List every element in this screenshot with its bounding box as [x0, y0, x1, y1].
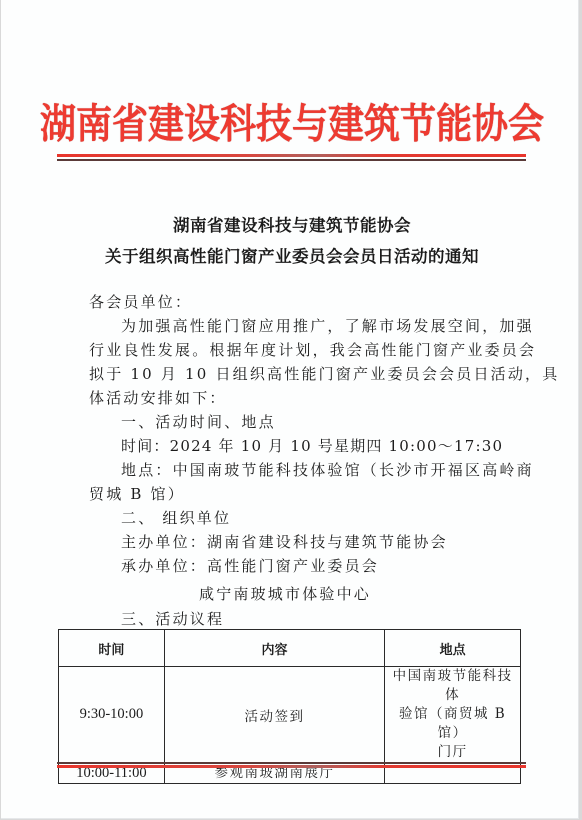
event-place-line-1: 地点：中国南玻节能科技体验馆（长沙市开福区高岭商: [121, 460, 534, 480]
header-place: 地点: [385, 630, 521, 667]
document-page: 湖南省建设科技与建筑节能协会 湖南省建设科技与建筑节能协会 关于组织高性能门窗产…: [1, 0, 579, 819]
row-time: 9:30-10:00: [59, 667, 165, 763]
notice-title-line-1: 湖南省建设科技与建筑节能协会: [1, 212, 582, 236]
section-3-heading: 三、活动议程: [121, 609, 224, 629]
section-1-heading: 一、活动时间、地点: [121, 412, 276, 432]
footer-rule-red: [57, 765, 526, 768]
header-content: 内容: [164, 630, 384, 667]
intro-line-3: 拟于 10 月 10 日组织高性能门窗产业委员会会员日活动，具: [89, 364, 559, 384]
row-place-line: 验馆（商贸城 B 馆）: [391, 705, 514, 743]
event-time: 时间：2024 年 10 月 10 号星期四 10:00～17:30: [121, 436, 503, 456]
row-place-line: 中国南玻节能科技体: [391, 667, 514, 705]
table-row: 9:30-10:00 活动签到 中国南玻节能科技体 验馆（商贸城 B 馆） 门厅: [59, 667, 521, 763]
notice-title-line-2: 关于组织高性能门窗产业委员会会员日活动的通知: [1, 243, 582, 267]
host-unit: 主办单位：湖南省建设科技与建筑节能协会: [121, 532, 448, 552]
event-place-line-2: 贸城 B 馆）: [89, 484, 185, 504]
agenda-header-row: 时间 内容 地点: [59, 630, 521, 667]
organizer-unit: 承办单位：高性能门窗产业委员会: [121, 556, 379, 576]
header-time: 时间: [59, 630, 165, 667]
section-2-heading: 二、 组织单位: [121, 508, 231, 528]
masthead-rule-thin: [57, 159, 526, 161]
salutation: 各会员单位：: [89, 292, 192, 312]
intro-line-2: 行业良性发展。根据年度计划，我会高性能门窗产业委员会: [89, 340, 536, 360]
row-place-line: 门厅: [391, 743, 514, 762]
intro-line-4: 体活动安排如下：: [89, 388, 227, 408]
intro-line-1: 为加强高性能门窗应用推广，了解市场发展空间，加强: [121, 316, 534, 336]
masthead-rule-red: [57, 154, 526, 157]
row-content: 活动签到: [164, 667, 384, 763]
agenda-table: 时间 内容 地点 9:30-10:00 活动签到 中国南玻节能科技体 验馆（商贸…: [58, 629, 521, 784]
footer-rule-thin: [57, 762, 526, 764]
row-place: 中国南玻节能科技体 验馆（商贸城 B 馆） 门厅: [385, 667, 521, 763]
organizer-unit-2: 咸宁南玻城市体验中心: [199, 584, 371, 604]
masthead-title: 湖南省建设科技与建筑节能协会: [1, 96, 582, 152]
